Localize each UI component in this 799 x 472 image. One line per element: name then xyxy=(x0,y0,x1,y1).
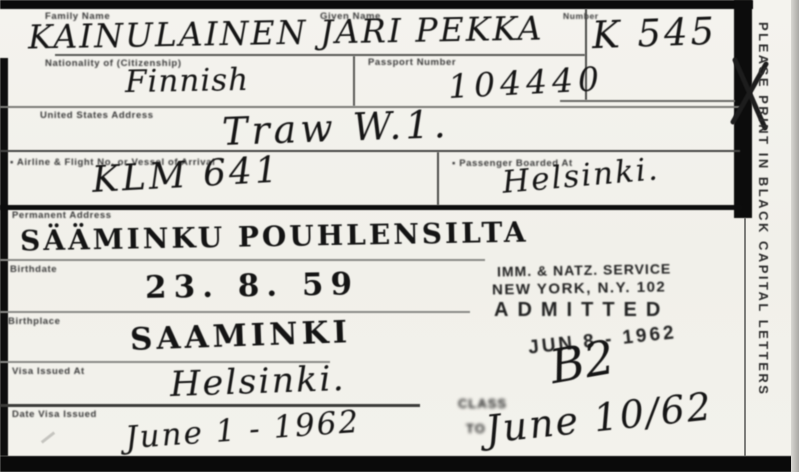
immigration-arrival-card: Family Name Given Name Number KAINULAINE… xyxy=(0,0,799,472)
visa-issued-at-label: Visa Issued At xyxy=(12,366,85,377)
date-visa-issued-label: Date Visa Issued xyxy=(12,409,97,420)
rule-under-number xyxy=(560,100,735,102)
right-divider-line xyxy=(744,218,746,456)
birthplace-label: Birthplace xyxy=(8,316,60,327)
rule-row4-top xyxy=(0,150,740,152)
permanent-address-value: SÄÄMINKU POUHLENSILTA xyxy=(20,216,529,258)
rule-birthplace-top xyxy=(0,311,470,313)
us-address-label: United States Address xyxy=(40,110,154,121)
date-visa-issued-value: June 1 - 1962 xyxy=(124,404,361,456)
passport-number-label: Passport Number xyxy=(368,57,456,68)
document-number-value: K 545 xyxy=(591,10,717,57)
birthdate-value: 23. 8. 59 xyxy=(145,266,360,306)
rule-birthdate-top xyxy=(0,259,485,261)
faint-pen-tick xyxy=(41,431,55,443)
passport-number-value: 104440 xyxy=(447,59,605,106)
stamp-class-handwritten: B2 xyxy=(546,330,619,395)
airline-flight-value: KLM 641 xyxy=(91,150,282,201)
scan-right-edge xyxy=(791,0,799,472)
birthplace-value: SAAMINKI xyxy=(129,314,351,358)
visa-issued-at-value: Helsinki. xyxy=(169,359,346,405)
birthdate-label: Birthdate xyxy=(10,264,57,275)
divider-nationality-passport xyxy=(353,56,355,106)
divider-airline-boarded xyxy=(437,152,439,205)
left-border xyxy=(0,58,8,456)
stamp-admitted-line: ADMITTED xyxy=(494,299,669,322)
us-address-value: Traw W.1. xyxy=(221,102,450,154)
name-value: KAINULAINEN JARI PEKKA xyxy=(28,9,544,57)
stamp-to-fragment: TO xyxy=(466,421,486,436)
stamp-city-line: NEW YORK, N.Y. 102 xyxy=(492,278,667,298)
top-border xyxy=(0,0,753,9)
stamp-date-handwritten: June 10/62 xyxy=(483,384,715,452)
margin-instruction: PLEASE PRINT IN BLACK CAPITAL LETTERS xyxy=(756,22,771,452)
nationality-value: Finnish xyxy=(125,62,250,100)
permanent-address-label: Permanent Address xyxy=(12,210,112,221)
bottom-border xyxy=(0,456,799,472)
stamp-service-line: IMM. & NATZ. SERVICE xyxy=(497,260,672,279)
